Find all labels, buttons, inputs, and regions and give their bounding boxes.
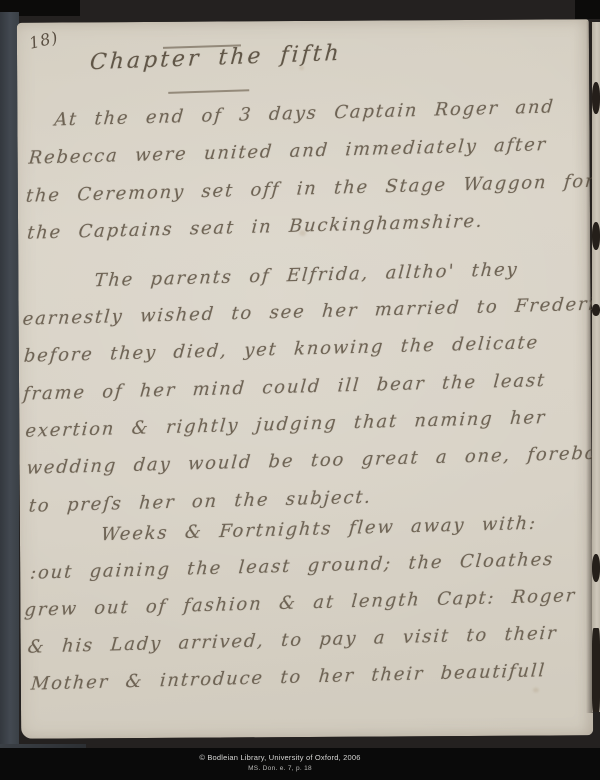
page-edge-mark	[592, 222, 600, 250]
manuscript-line: exertion & rightly judging that naming h…	[24, 406, 547, 444]
manuscript-viewer: 18) Chapter the fifth At the end of 3 da…	[0, 0, 600, 780]
manuscript-line: the Captains seat in Buckinghamshire.	[26, 210, 484, 246]
copyright-caption: © Bodleian Library, University of Oxford…	[0, 753, 560, 762]
manuscript-line: Rebecca were united and immediately afte…	[28, 133, 548, 171]
manuscript-line: to preſs her on the subject.	[28, 486, 373, 519]
manuscript-line: Weeks & Fortnights flew away with:	[100, 512, 538, 547]
manuscript-line: the Ceremony set off in the Stage Waggon…	[25, 170, 596, 209]
chapter-heading: Chapter the fifth	[89, 41, 342, 76]
page-edge-mark	[592, 82, 600, 114]
book-cradle-left-edge	[0, 12, 19, 780]
page-edge-mark	[592, 304, 600, 316]
manuscript-page: 18) Chapter the fifth At the end of 3 da…	[17, 19, 593, 738]
shelfmark-caption: MS. Don. e. 7, p. 18	[0, 765, 560, 772]
manuscript-line: before they died, yet knowing the delica…	[23, 331, 540, 369]
next-page-edge	[592, 22, 600, 712]
manuscript-line: & his Lady arrived, to pay a visit to th…	[27, 622, 559, 660]
manuscript-line: At the end of 3 days Captain Roger and	[53, 95, 555, 132]
clamp-shadow-top-right	[575, 0, 600, 19]
manuscript-line: :out gaining the least ground; the Cloat…	[29, 548, 555, 586]
manuscript-line: Mother & introduce to her their beautifu…	[30, 659, 547, 697]
page-edge-mark	[592, 628, 600, 712]
manuscript-line: grew out of fashion & at length Capt: Ro…	[23, 584, 576, 623]
manuscript-line: frame of her mind could ill bear the lea…	[22, 369, 547, 407]
heading-underline	[168, 89, 249, 93]
manuscript-line: earnestly wished to see her married to F…	[22, 292, 600, 331]
manuscript-line: wedding day would be too great a one, fo…	[26, 441, 600, 481]
page-edge-mark	[592, 554, 600, 582]
page-number: 18)	[27, 27, 60, 52]
paper-stain	[533, 688, 539, 693]
clamp-shadow-top-left	[18, 0, 80, 16]
manuscript-line: The parents of Elfrida, alltho' they	[93, 258, 519, 293]
